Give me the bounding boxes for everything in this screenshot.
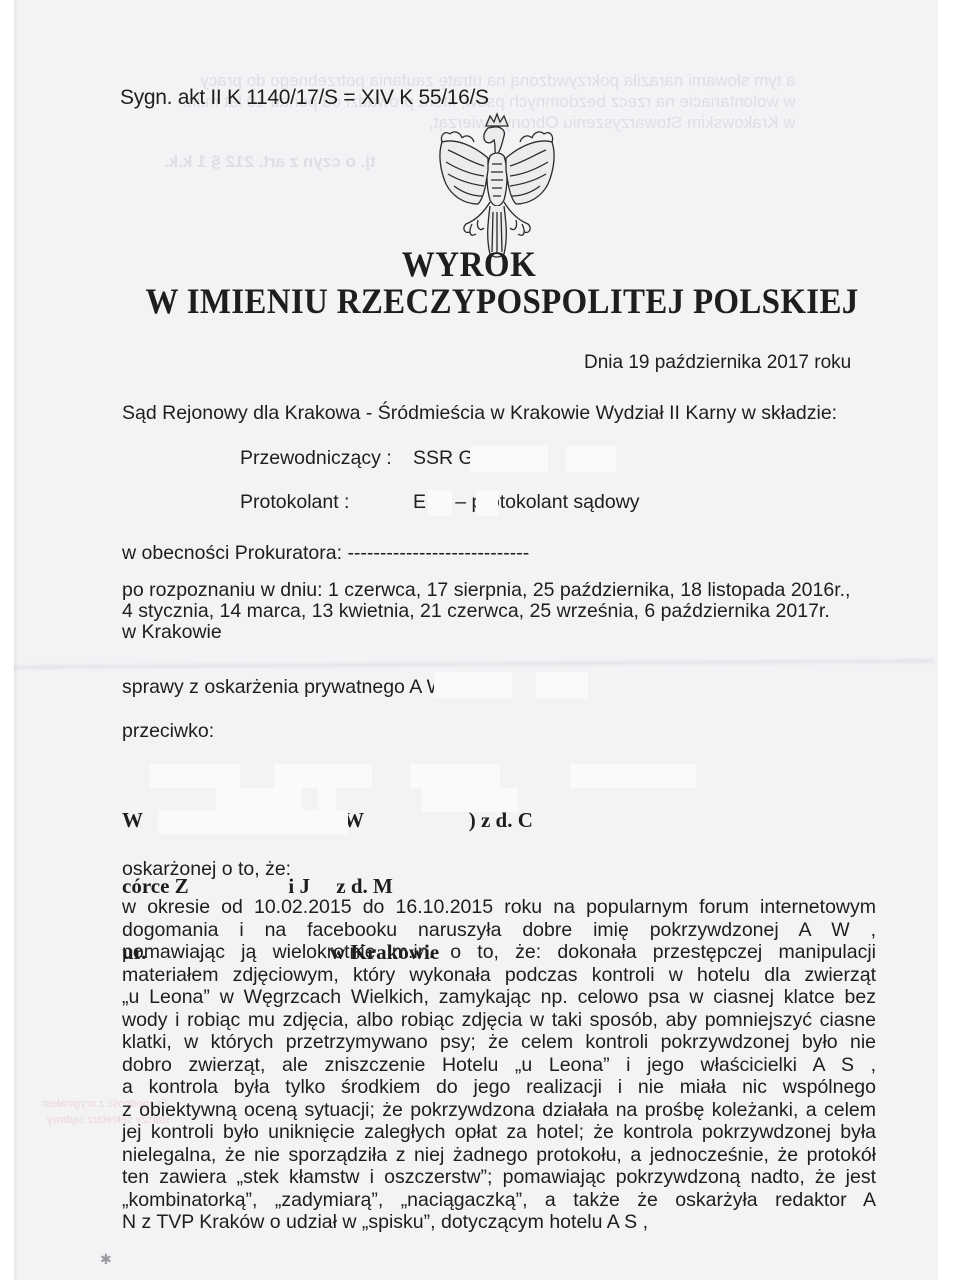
polish-eagle-emblem-icon <box>428 112 566 264</box>
redaction-box <box>158 810 348 834</box>
case-signature: Sygn. akt II K 1140/17/S = XIV K 55/16/S <box>120 86 489 110</box>
charge-line: dobro zwierząt, ale zniszczenie Hotelu „… <box>122 1054 876 1077</box>
redaction-box <box>410 764 500 788</box>
redaction-box <box>150 764 240 788</box>
charge-line: materiałem zdjęciowym, który wykonała po… <box>122 964 876 987</box>
charge-line: dogomania i na facebooku naruszyła dobre… <box>122 919 876 942</box>
charge-line: „kombinatorką”, „zadymiarą”, „naciągaczk… <box>122 1189 876 1212</box>
charge-line: „u Leona” w Węgrzcach Wielkich, zamykają… <box>122 986 876 1009</box>
verdict-subtitle: W IMIENIU RZECZYPOSPOLITEJ POLSKIEJ <box>14 283 938 323</box>
redaction-box <box>428 490 452 516</box>
court-name: Sąd Rejonowy dla Krakowa - Śródmieścia w… <box>122 402 837 425</box>
charge-line: w okresie od 10.02.2015 do 16.10.2015 ro… <box>122 896 876 919</box>
redaction-box <box>274 764 372 788</box>
verdict-date: Dnia 19 października 2017 roku <box>584 352 851 374</box>
charge-line: jej kontroli było uniknięcie zaległych o… <box>122 1121 876 1144</box>
hearing-dates: po rozpoznaniu w dniu: 1 czerwca, 17 sie… <box>122 580 850 643</box>
redaction-box <box>434 672 512 698</box>
paper-fold <box>14 657 934 671</box>
charge-line: pomawiając ją wielokrotnie m.in. o to, ż… <box>122 941 876 964</box>
charge-line: N z TVP Kraków o udział w „spisku”, doty… <box>122 1211 876 1234</box>
charge-line: klatki, w których przetrzymywano psy; że… <box>122 1031 876 1054</box>
redaction-box <box>216 788 302 812</box>
charge-line: wody i robiąc mu zdjęcia, albo robiąc zd… <box>122 1009 876 1032</box>
verdict-title: WYROK <box>14 246 924 286</box>
charge-line: nielegalna, że nie sporządziła z niej ża… <box>122 1144 876 1167</box>
redaction-box <box>470 446 548 472</box>
redaction-box <box>566 446 616 472</box>
redaction-box <box>536 672 588 698</box>
against-label: przeciwko: <box>122 720 214 743</box>
court-clerk-label: Protokolant : <box>240 491 349 514</box>
redaction-box <box>476 490 498 516</box>
redaction-box <box>422 788 518 812</box>
document-page: a tym słowami naraziła pokrzywdzoną na u… <box>14 0 938 1280</box>
charge-line: z obiektywną oceną sytuacji; że pokrzywd… <box>122 1099 876 1122</box>
prosecutor-line: w obecności Prokuratora: ---------------… <box>122 542 529 565</box>
accused-of-label: oskarżonej o to, że: <box>122 858 291 881</box>
charge-description: w okresie od 10.02.2015 do 16.10.2015 ro… <box>122 896 876 1234</box>
presiding-judge-label: Przewodniczący : <box>240 447 392 470</box>
charge-line: ten zawiera „stek kłamstw i oszczerstw”;… <box>122 1166 876 1189</box>
charge-line: a kontrola była tylko środkiem do jego r… <box>122 1076 876 1099</box>
private-complaint-line: sprawy z oskarżenia prywatnego A W <box>122 676 445 699</box>
ink-speck: ✱ <box>100 1252 114 1268</box>
redaction-box <box>318 788 336 812</box>
redaction-box <box>570 764 696 788</box>
